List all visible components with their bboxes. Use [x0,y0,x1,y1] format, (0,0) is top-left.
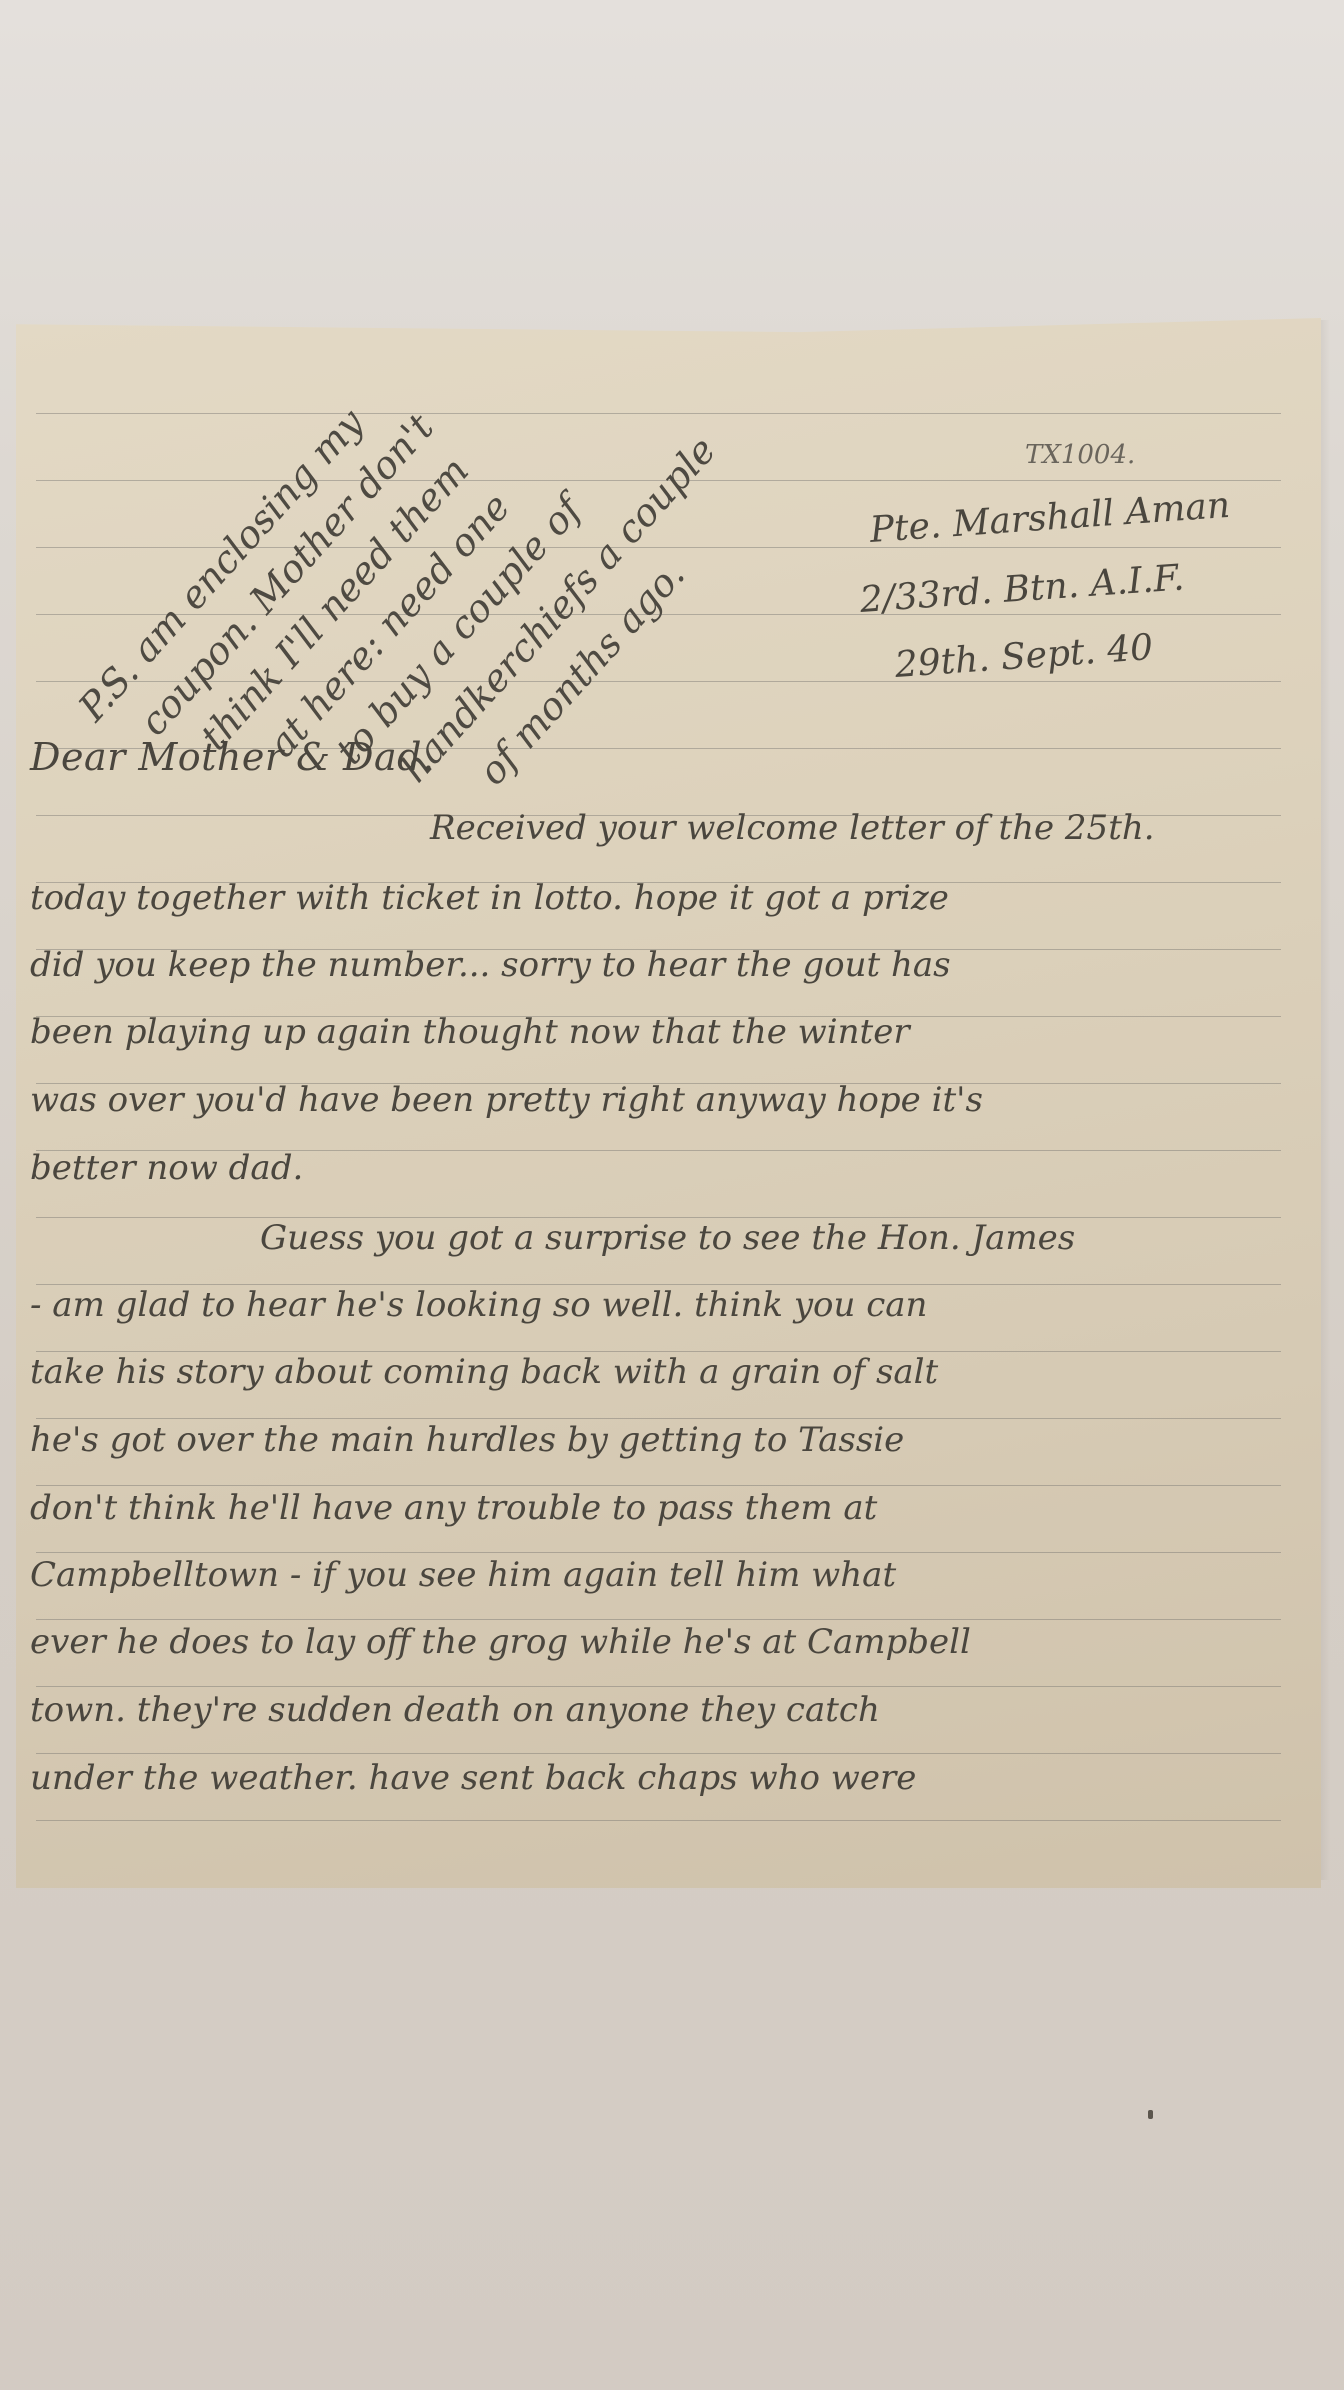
body-line: Campbelltown - if you see him again tell… [30,1555,896,1595]
body-line: was over you'd have been pretty right an… [30,1080,983,1120]
ruled-line [36,1552,1281,1553]
salutation: Dear Mother & Dad. [30,735,435,779]
body-line: better now dad. [30,1148,303,1188]
ruled-line [36,681,1281,682]
body-line: Guess you got a surprise to see the Hon.… [260,1218,1075,1258]
ruled-line [36,1753,1281,1754]
service-number: TX1004. [1025,440,1135,470]
body-line: under the weather. have sent back chaps … [30,1758,916,1798]
body-line: did you keep the number... sorry to hear… [30,945,951,985]
body-line: - am glad to hear he's looking so well. … [30,1285,927,1325]
body-line: today together with ticket in lotto. hop… [30,878,949,918]
body-line: take his story about coming back with a … [30,1352,938,1392]
body-line: he's got over the main hurdles by gettin… [30,1420,904,1460]
body-line: ever he does to lay off the grog while h… [30,1622,971,1662]
surface-speck [1148,2110,1153,2119]
ruled-line [36,413,1281,414]
ruled-line [36,1686,1281,1687]
ruled-line [36,1820,1281,1821]
body-line: Received your welcome letter of the 25th… [430,808,1155,848]
ruled-line [36,1619,1281,1620]
ruled-line [36,1485,1281,1486]
ruled-line [36,1418,1281,1419]
body-line: town. they're sudden death on anyone the… [30,1690,880,1730]
body-line: been playing up again thought now that t… [30,1012,910,1052]
body-line: don't think he'll have any trouble to pa… [30,1488,877,1528]
